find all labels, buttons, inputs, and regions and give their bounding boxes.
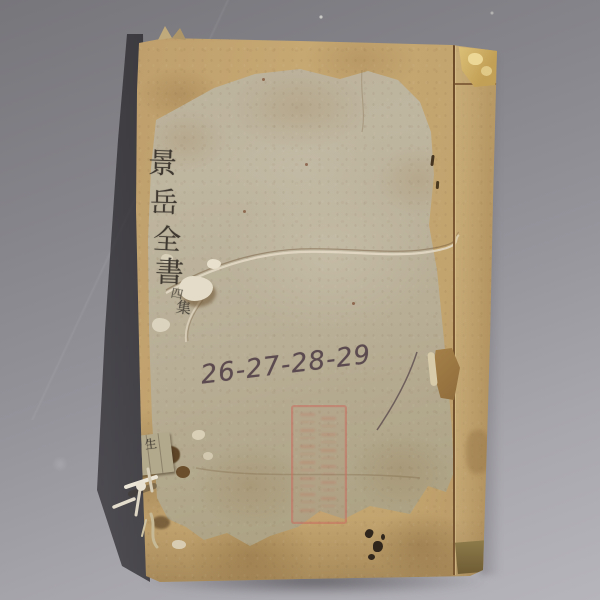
binding-threads (0, 0, 600, 600)
paper-tuft (158, 26, 172, 40)
paper-tuft (172, 28, 186, 40)
tassel-thread (114, 499, 134, 507)
tassel-thread (142, 520, 146, 536)
photo-canvas: 景 岳 全 書 四 集 26-27-28-29 生 (0, 0, 600, 600)
tassel-thread (151, 514, 157, 547)
thread-knot (136, 481, 146, 491)
